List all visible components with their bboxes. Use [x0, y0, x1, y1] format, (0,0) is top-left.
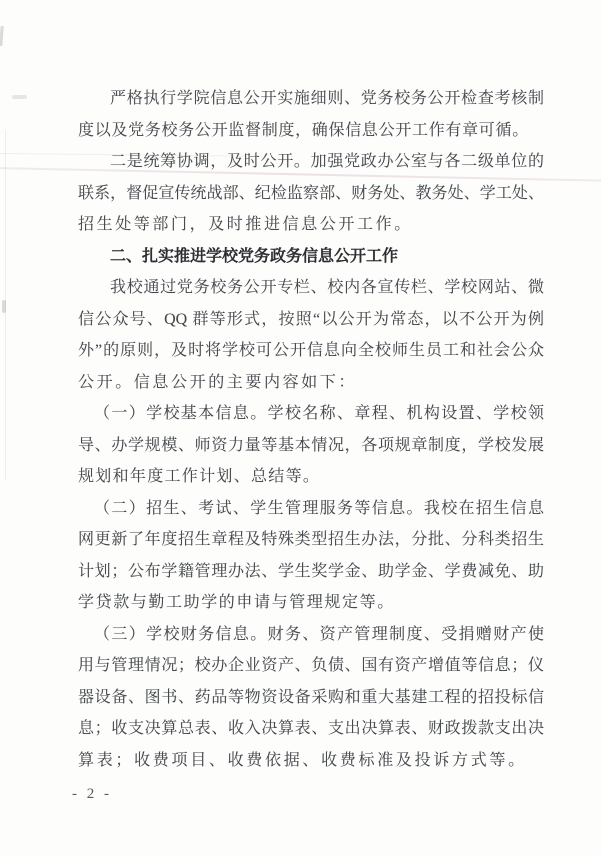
scanned-document-page: 严格执行学院信息公开实施细则、党务校务公开检查考核制度以及党务校务公开监督制度，… [0, 0, 601, 856]
text-line: 公开。信息公开的主要内容如下： [78, 367, 544, 399]
text-line: 外”的原则，及时将学校可公开信息向全校师生员工和社会公众 [78, 335, 544, 367]
text-line: 网更新了年度招生章程及特殊类型招生办法，分批、分科类招生 [78, 524, 544, 556]
text-line: 学贷款与勤工助学的申请与管理规定等。 [78, 587, 544, 619]
text-line: 算表；收费项目、收费依据、收费标准及投诉方式等。 [78, 745, 544, 777]
text-line: 器设备、图书、药品等物资设备采购和重大基建工程的招投标信 [78, 682, 544, 714]
text-line: （二）招生、考试、学生管理服务等信息。我校在招生信息 [78, 493, 544, 525]
text-line: 用与管理情况；校办企业资产、负债、国有资产增值等信息；仪 [78, 650, 544, 682]
document-body: 严格执行学院信息公开实施细则、党务校务公开检查考核制度以及党务校务公开监督制度，… [78, 83, 544, 776]
text-line: 息；收支决算总表、收入决算表、支出决算表、财政拨款支出决 [78, 713, 544, 745]
text-line: 招生处等部门，及时推进信息公开工作。 [78, 209, 544, 241]
text-line: 计划；公布学籍管理办法、学生奖学金、助学金、学费减免、助 [78, 556, 544, 588]
text-line: 信公众号、QQ 群等形式，按照“以公开为常态，以不公开为例 [78, 304, 544, 336]
text-line: 度以及党务校务公开监督制度，确保信息公开工作有章可循。 [78, 115, 544, 147]
text-line: （三）学校财务信息。财务、资产管理制度、受捐赠财产使 [78, 619, 544, 651]
text-line: 联系，督促宣传统战部、纪检监察部、财务处、教务处、学工处、 [78, 178, 544, 210]
text-line: 规划和年度工作计划、总结等。 [78, 461, 544, 493]
scan-edge-mark-mid-artifact [2, 300, 6, 313]
text-line: 导、办学规模、师资力量等基本情况，各项规章制度，学校发展 [78, 430, 544, 462]
text-line: 严格执行学院信息公开实施细则、党务校务公开检查考核制 [78, 83, 544, 115]
text-line: 我校通过党务校务公开专栏、校内各宣传栏、学校网站、微 [78, 272, 544, 304]
text-line: （一）学校基本信息。学校名称、章程、机构设置、学校领 [78, 398, 544, 430]
section-heading: 二、扎实推进学校党务政务信息公开工作 [78, 241, 544, 273]
scan-edge-mark-top-artifact [0, 26, 4, 46]
text-line: 二是统筹协调，及时公开。加强党政办公室与各二级单位的 [78, 146, 544, 178]
page-number: - 2 - [72, 784, 112, 804]
scan-speck-artifact [12, 95, 27, 99]
